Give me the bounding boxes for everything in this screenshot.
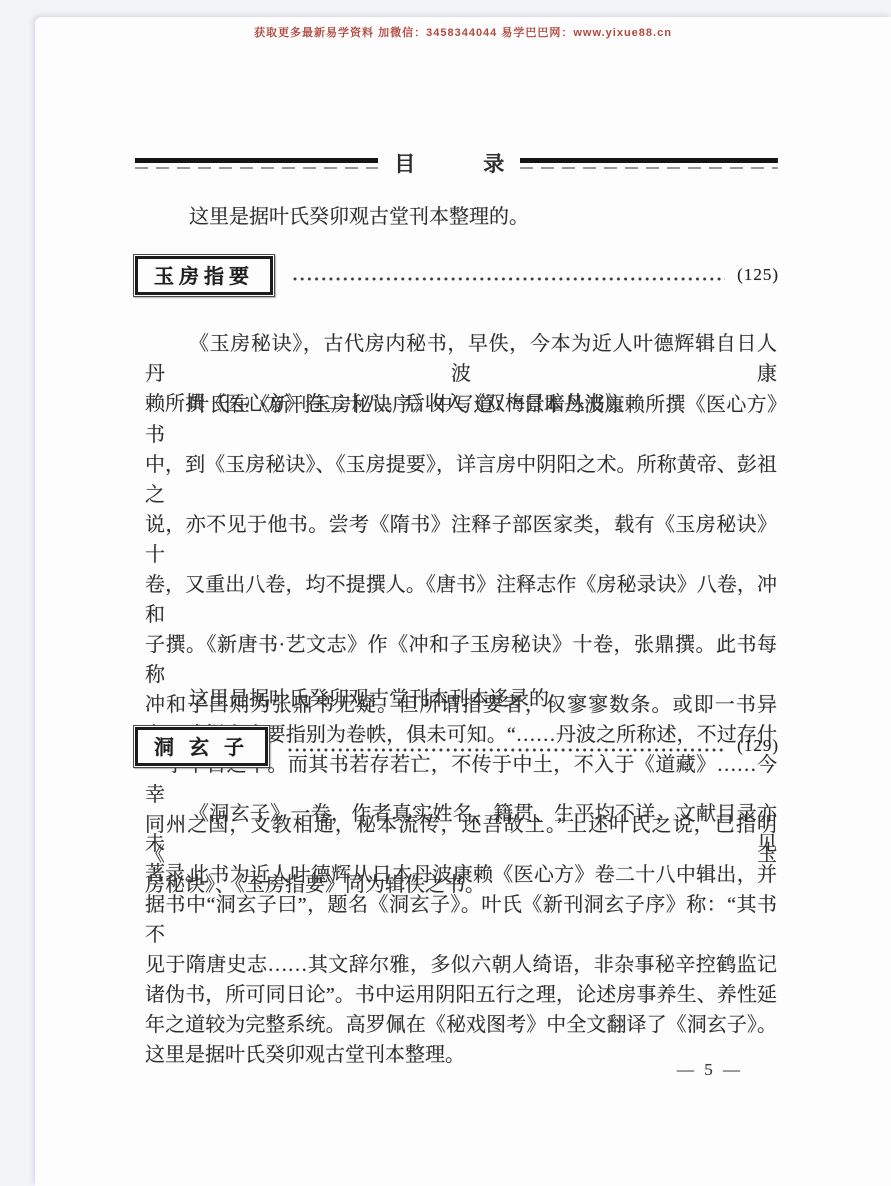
text-line: 叶氏在《新刊玉房秘诀序》中写道：“日本丹波康赖所撰《医心方》书 xyxy=(145,390,777,450)
page-number: — 5 — xyxy=(640,1060,780,1080)
text-line: 见于隋唐史志……其文辞尔雅，多似六朝人绮语，非杂事秘辛控鹤监记 xyxy=(145,950,777,980)
text-line: 这里是据叶氏癸卯观古堂刊本整理的。 xyxy=(145,202,777,232)
section1-paragraph3: 这里是据叶氏癸卯观古堂刊本刊本迻录的。 xyxy=(145,684,777,714)
text-line: 卷，又重出八卷，均不提撰人。《唐书》注释志作《房秘录诀》八卷，冲和 xyxy=(145,570,777,630)
toc-header: 目 录 xyxy=(135,150,778,176)
decorative-rule-left xyxy=(135,158,378,169)
section2-paragraph2: 此书为近人叶德辉从日本丹波康赖《医心方》卷二十八中辑出，并 据书中“洞玄子曰”，… xyxy=(145,860,777,1070)
section-page-number: (129) xyxy=(737,736,779,756)
section-title: 洞 玄 子 xyxy=(135,727,268,766)
text-line: 说，亦不见于他书。尝考《隋书》注释子部医家类，载有《玉房秘诀》十 xyxy=(145,510,777,570)
decorative-rule-right xyxy=(520,158,778,169)
dotted-leader xyxy=(288,748,725,752)
text-line: 中，到《玉房秘诀》、《玉房提要》，详言房中阴阳之术。所称黄帝、彭祖之 xyxy=(145,450,777,510)
section-title-box: 洞 玄 子 xyxy=(133,725,270,768)
text-line: 这里是据叶氏癸卯观古堂刊本刊本迻录的。 xyxy=(145,684,777,714)
section-heading-yufangzhiyao: 玉房指要 (125) xyxy=(133,256,779,294)
section-title: 玉房指要 xyxy=(135,256,273,295)
section-page-number: (125) xyxy=(737,265,779,285)
intro-paragraph: 这里是据叶氏癸卯观古堂刊本整理的。 xyxy=(145,202,777,232)
toc-title-char-mu: 目 xyxy=(394,148,415,178)
text-line: 年之道较为完整系统。高罗佩在《秘戏图考》中全文翻译了《洞玄子》。 xyxy=(145,1010,777,1040)
text-line: 《玉房秘诀》，古代房内秘书，早佚，今本为近人叶德辉辑自日人丹波康 xyxy=(145,329,777,389)
watermark-text: 获取更多最新易学资料 加微信：3458344044 易学巴巴网：www.yixu… xyxy=(35,24,891,40)
dotted-leader xyxy=(293,277,725,281)
text-line: 此书为近人叶德辉从日本丹波康赖《医心方》卷二十八中辑出，并 xyxy=(145,860,777,890)
section-title-box: 玉房指要 xyxy=(133,254,275,297)
toc-title-char-lu: 录 xyxy=(483,148,504,178)
text-line: 《洞玄子》一卷，作者真实姓名、籍贯、生平均不详，文献目录亦未见 xyxy=(145,799,777,859)
text-line: 诸伪书，所可同日论”。书中运用阴阳五行之理，论述房事养生、养性延 xyxy=(145,980,777,1010)
text-line: 子撰。《新唐书·艺文志》作《冲和子玉房秘诀》十卷，张鼎撰。此书每称 xyxy=(145,630,777,690)
section-heading-dongxuanzi: 洞 玄 子 (129) xyxy=(133,727,779,765)
text-line: 据书中“洞玄子曰”，题名《洞玄子》。叶氏《新刊洞玄子序》称：“其书不 xyxy=(145,890,777,950)
